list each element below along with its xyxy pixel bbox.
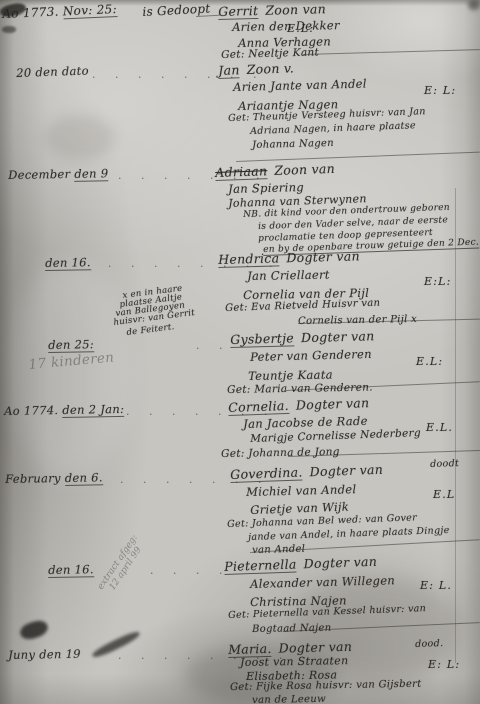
marriage-status: E.L: [287, 22, 314, 35]
father-name: Michiel van Andel [246, 482, 357, 499]
pencil-note-extract: extract afgeg: 12 april 99 [96, 533, 148, 597]
entry-date: den 6. [65, 470, 103, 486]
entry-separator-line [303, 49, 480, 55]
child-relation: Dogter van [301, 328, 375, 345]
entry-month: February [5, 471, 61, 486]
witness-line: Get: Fijke Rosa huisvr: van Gijsbert [230, 679, 422, 693]
child-name: Cornelia. [228, 398, 289, 416]
entry-year: Ao 1773. [2, 5, 59, 21]
ink-smudge [468, 0, 480, 10]
child-relation: Zoon v. [246, 60, 294, 77]
entry-date: den 16. [45, 255, 91, 271]
entry-date: Juny den 19 [8, 647, 81, 662]
paper-stain [10, 260, 130, 480]
child-name: Gysbertje [230, 330, 294, 348]
witness-line: Cornelis van der Pijl x [298, 314, 417, 327]
entry-date: den 9 [74, 166, 108, 182]
marriage-status: E: L: [424, 84, 456, 97]
marriage-status: E.L: [416, 355, 443, 368]
father-name: Arien Jante van Andel [233, 77, 367, 94]
child-relation: Dogter van [309, 462, 383, 480]
dotted-leader: . . . . [150, 564, 226, 577]
child-relation: Zoon van [274, 161, 335, 178]
child-relation: Dogter van [278, 639, 352, 656]
paper-stain [45, 115, 115, 160]
marriage-status: E: L. [420, 579, 452, 592]
father-name: Jan Spiering [228, 180, 304, 196]
witness-line: Adriana Nagen, in haare plaatse [250, 120, 416, 137]
father-name: Joost van Straaten [240, 654, 349, 669]
witness-line: Bogtaad Najen [252, 623, 332, 635]
mother-name: Teuntje Kaata [248, 368, 333, 383]
marriage-status: E: L: [428, 658, 460, 671]
child-name: Adriaan [215, 163, 268, 181]
child-name: Goverdina. [230, 464, 303, 483]
marriage-status: E:L: [424, 275, 452, 288]
witness-line: van de Leeuw [252, 694, 326, 704]
child-name: Jan [218, 62, 240, 79]
father-name: Arien den Dekker [232, 18, 340, 34]
father-name: Peter van Genderen [250, 347, 372, 364]
entry-date: den 2 Jan: [62, 402, 124, 418]
witness-line: Get: Neeltje Kant [221, 46, 319, 61]
child-name: Pieternella [224, 556, 297, 575]
dotted-leader: . . [196, 339, 227, 352]
child-relation: Dogter van [286, 248, 360, 265]
marriage-status: E.L. [426, 421, 453, 434]
ink-smudge [18, 618, 50, 642]
child-name: Gerrit [218, 3, 259, 20]
deceased-note: doodt [430, 458, 459, 470]
witness-line: Get: Maria van Genderen. [227, 381, 373, 396]
entry-month: December [8, 167, 70, 182]
entry-separator-line [236, 152, 480, 163]
entry-year: Ao 1774. [4, 403, 58, 418]
ink-smudge [2, 26, 16, 33]
entry-date: 20 den dato [16, 63, 89, 80]
witness-line: Johanna Nagen [252, 138, 334, 151]
entry-date: den 25: [48, 337, 94, 353]
marriage-status: E.L [433, 488, 455, 501]
child-name: Hendrica [218, 250, 280, 268]
register-page-scan: Ao 1773. Nov: 25: is Gedoopt GerritZoon … [0, 0, 480, 704]
child-relation: Dogter van [296, 395, 370, 413]
entry-date: den 16. [48, 562, 94, 578]
deceased-note: dood. [415, 638, 443, 650]
page-edge-line [455, 188, 456, 663]
witness-line: Get: Johanna de Jong [221, 446, 340, 460]
child-relation: Zoon van [265, 1, 326, 18]
father-name: Jan Jacobse de Rade [243, 414, 368, 431]
entry-date: Nov: 25: [63, 2, 118, 19]
child-relation: Dogter van [303, 554, 377, 572]
witness-line: van Andel [252, 544, 305, 556]
father-name: Jan Criellaert [247, 268, 330, 283]
